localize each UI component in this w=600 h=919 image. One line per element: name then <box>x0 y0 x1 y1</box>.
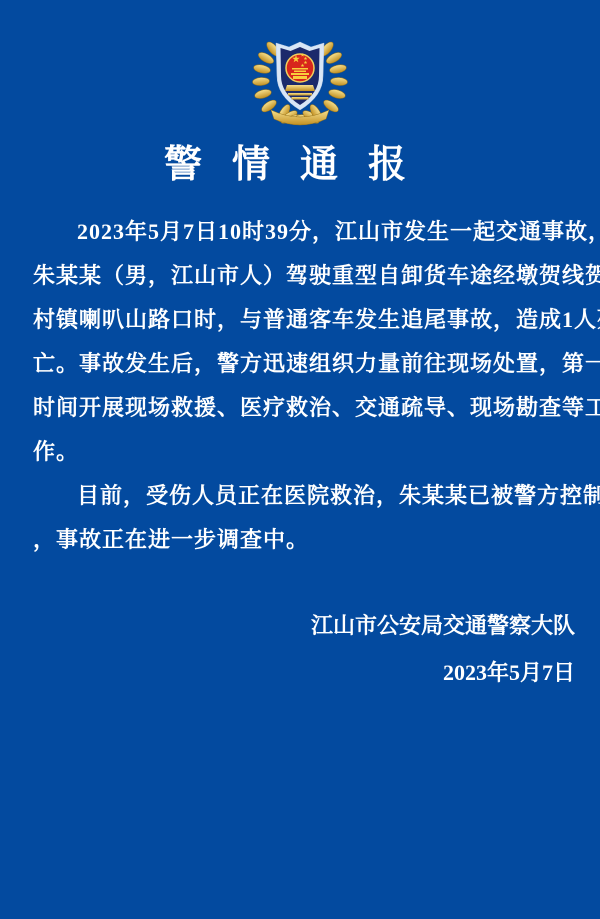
notice-line: ，事故正在进一步调查中。 <box>33 518 567 562</box>
police-badge-icon <box>240 30 360 130</box>
issuer-signature: 江山市公安局交通警察大队 <box>0 602 575 649</box>
police-notice-page: 警情通报 2023年5月7日10时39分，江山市发生一起交通事故， 朱某某（男，… <box>0 0 600 919</box>
notice-line: 作。 <box>33 430 567 474</box>
notice-line: 2023年5月7日10时39分，江山市发生一起交通事故， <box>33 210 567 254</box>
notice-line: 朱某某（男，江山市人）驾驶重型自卸货车途经墩贺线贺 <box>33 254 567 298</box>
notice-line: 目前，受伤人员正在医院救治，朱某某已被警方控制 <box>33 474 567 518</box>
notice-line: 村镇喇叭山路口时，与普通客车发生追尾事故，造成1人死 <box>33 298 567 342</box>
notice-body: 2023年5月7日10时39分，江山市发生一起交通事故， 朱某某（男，江山市人）… <box>0 210 600 562</box>
issue-date: 2023年5月7日 <box>0 649 575 696</box>
notice-line: 时间开展现场救援、医疗救治、交通疏导、现场勘查等工 <box>33 386 567 430</box>
national-emblem <box>286 53 314 82</box>
signature-block: 江山市公安局交通警察大队 2023年5月7日 <box>0 602 600 696</box>
police-badge <box>240 30 360 130</box>
notice-title: 警情通报 <box>0 142 600 188</box>
notice-line: 亡。事故发生后，警方迅速组织力量前往现场处置，第一 <box>33 342 567 386</box>
